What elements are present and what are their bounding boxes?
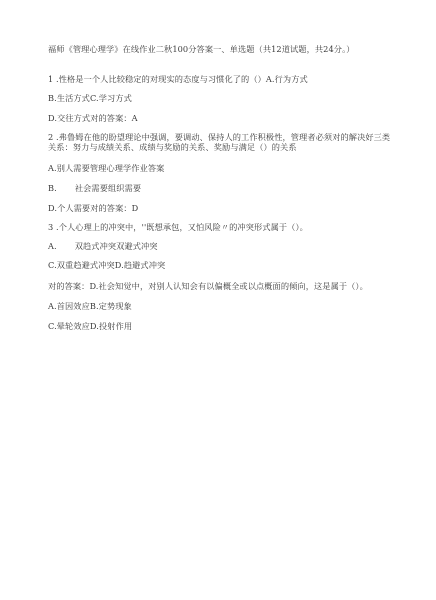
question-4-options-cd: C.晕轮效应D.投射作用	[48, 321, 132, 331]
question-2-option-a: A.别人需要管理心理学作业答案	[48, 163, 164, 173]
question-3-options-cd: C.双重趋避式冲突D.趋避式冲突	[48, 260, 165, 270]
option-text: 社会需要组织需要	[75, 183, 141, 193]
option-label: A.	[48, 241, 57, 251]
document-page: 福师《管理心理学》在线作业二秋100分答案一、单选题（共12道试题，共24分。）…	[0, 0, 436, 600]
option-text: 双趋式冲突双避式冲突	[75, 241, 158, 251]
question-2-stem-line1: 2 .弗鲁姆在他的盼望理论中强调，要调动、保持人的工作积极性，管理者必须对的解决…	[48, 132, 390, 142]
question-1-stem: 1 .性格是一个人比较稳定的对现实的态度与习惯化了的（）A.行为方式	[48, 74, 308, 84]
question-1-options-bc: B.生活方式C.学习方式	[48, 93, 132, 103]
question-1-option-d-answer: D.交往方式对的答案：A	[48, 113, 138, 123]
question-3-option-a: A.双趋式冲突双避式冲突	[48, 241, 158, 251]
question-3-stem: 3 .个人心理上的冲突中，''既想承包，又怕风险〃的冲突形式属于（）。	[48, 222, 308, 232]
document-title: 福师《管理心理学》在线作业二秋100分答案一、单选题（共12道试题，共24分。）	[48, 44, 355, 54]
question-2-stem-line2: 关系：努力与成绩关系、成绩与奖励的关系、奖励与满足（）的关系	[48, 142, 297, 152]
option-label: B.	[48, 183, 57, 193]
question-2-option-d-answer: D.个人需要对的答案：D	[48, 203, 138, 213]
question-2-option-b: B.社会需要组织需要	[48, 183, 141, 193]
question-4-options-ab: A.首因效应B.定势现象	[48, 301, 132, 311]
question-3-answer-question-4-stem: 对的答案：D.社会知觉中，对别人认知会有以偏概全或以点概面的倾向，这是属于（）。	[48, 281, 368, 291]
